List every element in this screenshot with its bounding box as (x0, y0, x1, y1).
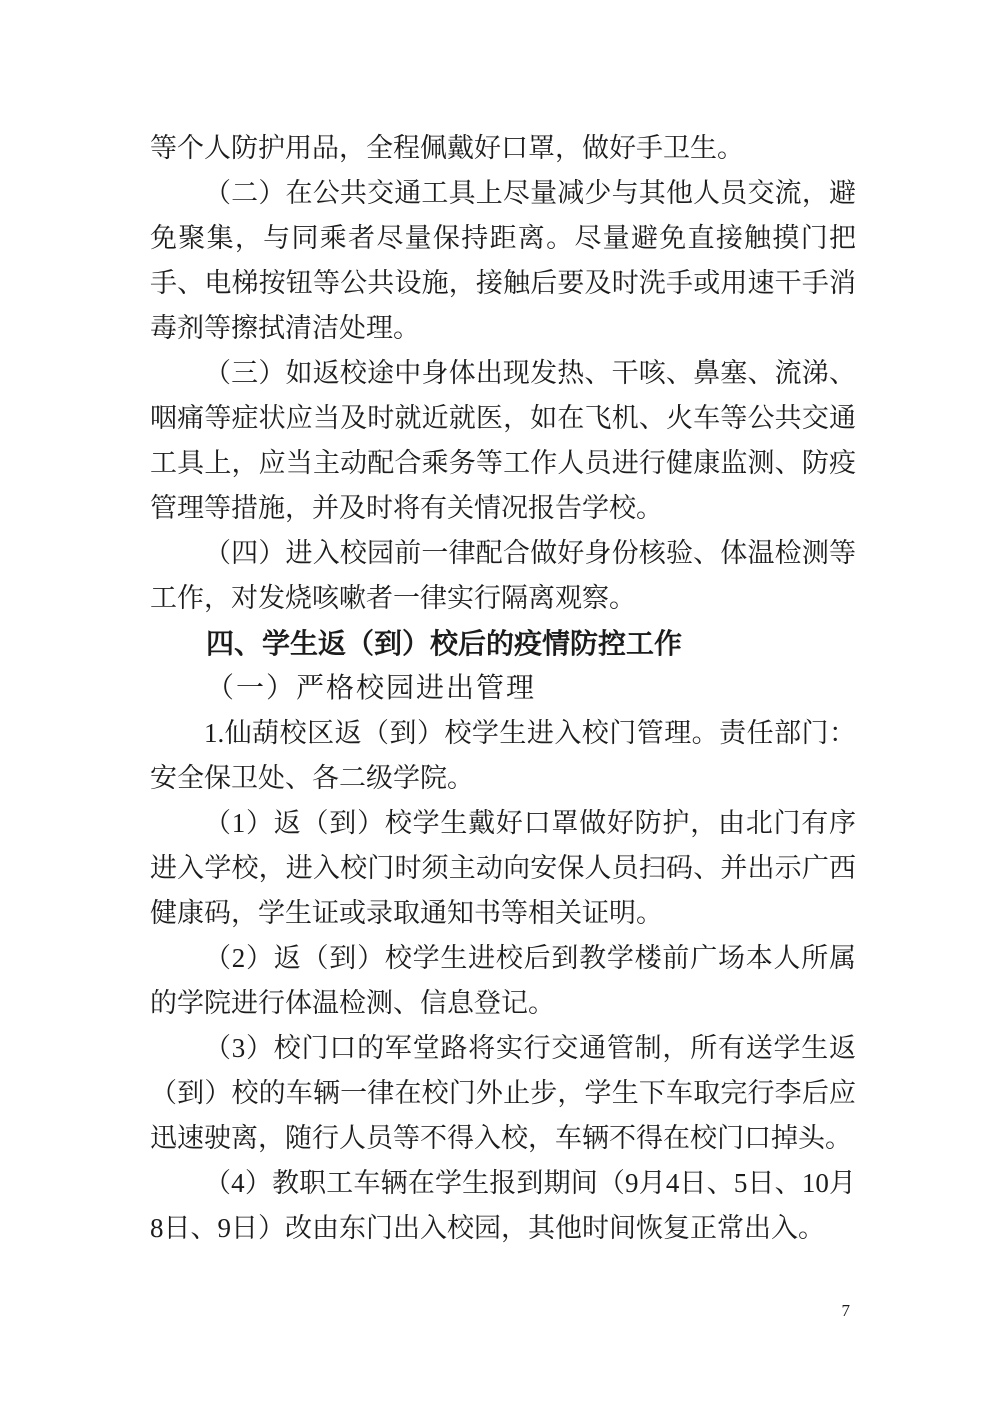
body-paragraph: （二）在公共交通工具上尽量减少与其他人员交流，避免聚集，与同乘者尽量保持距离。尽… (150, 171, 856, 351)
body-paragraph-continuation: 等个人防护用品，全程佩戴好口罩，做好手卫生。 (150, 126, 856, 171)
body-paragraph: （4）教职工车辆在学生报到期间（9月4日、5日、10月8日、9日）改由东门出入校… (150, 1161, 856, 1251)
body-paragraph: （3）校门口的军堂路将实行交通管制，所有送学生返（到）校的车辆一律在校门外止步，… (150, 1026, 856, 1161)
body-paragraph: （四）进入校园前一律配合做好身份核验、体温检测等工作，对发烧咳嗽者一律实行隔离观… (150, 531, 856, 621)
body-paragraph: 1.仙葫校区返（到）校学生进入校门管理。责任部门：安全保卫处、各二级学院。 (150, 711, 856, 801)
body-paragraph: （三）如返校途中身体出现发热、干咳、鼻塞、流涕、咽痛等症状应当及时就近就医，如在… (150, 351, 856, 531)
document-body: 等个人防护用品，全程佩戴好口罩，做好手卫生。 （二）在公共交通工具上尽量减少与其… (150, 126, 856, 1251)
subsection-heading: （一）严格校园进出管理 (150, 666, 856, 711)
section-heading: 四、学生返（到）校后的疫情防控工作 (150, 621, 856, 666)
page-number: 7 (842, 1300, 851, 1322)
body-paragraph: （2）返（到）校学生进校后到教学楼前广场本人所属的学院进行体温检测、信息登记。 (150, 936, 856, 1026)
body-paragraph: （1）返（到）校学生戴好口罩做好防护，由北门有序进入学校，进入校门时须主动向安保… (150, 801, 856, 936)
document-page: 等个人防护用品，全程佩戴好口罩，做好手卫生。 （二）在公共交通工具上尽量减少与其… (0, 0, 1000, 1414)
